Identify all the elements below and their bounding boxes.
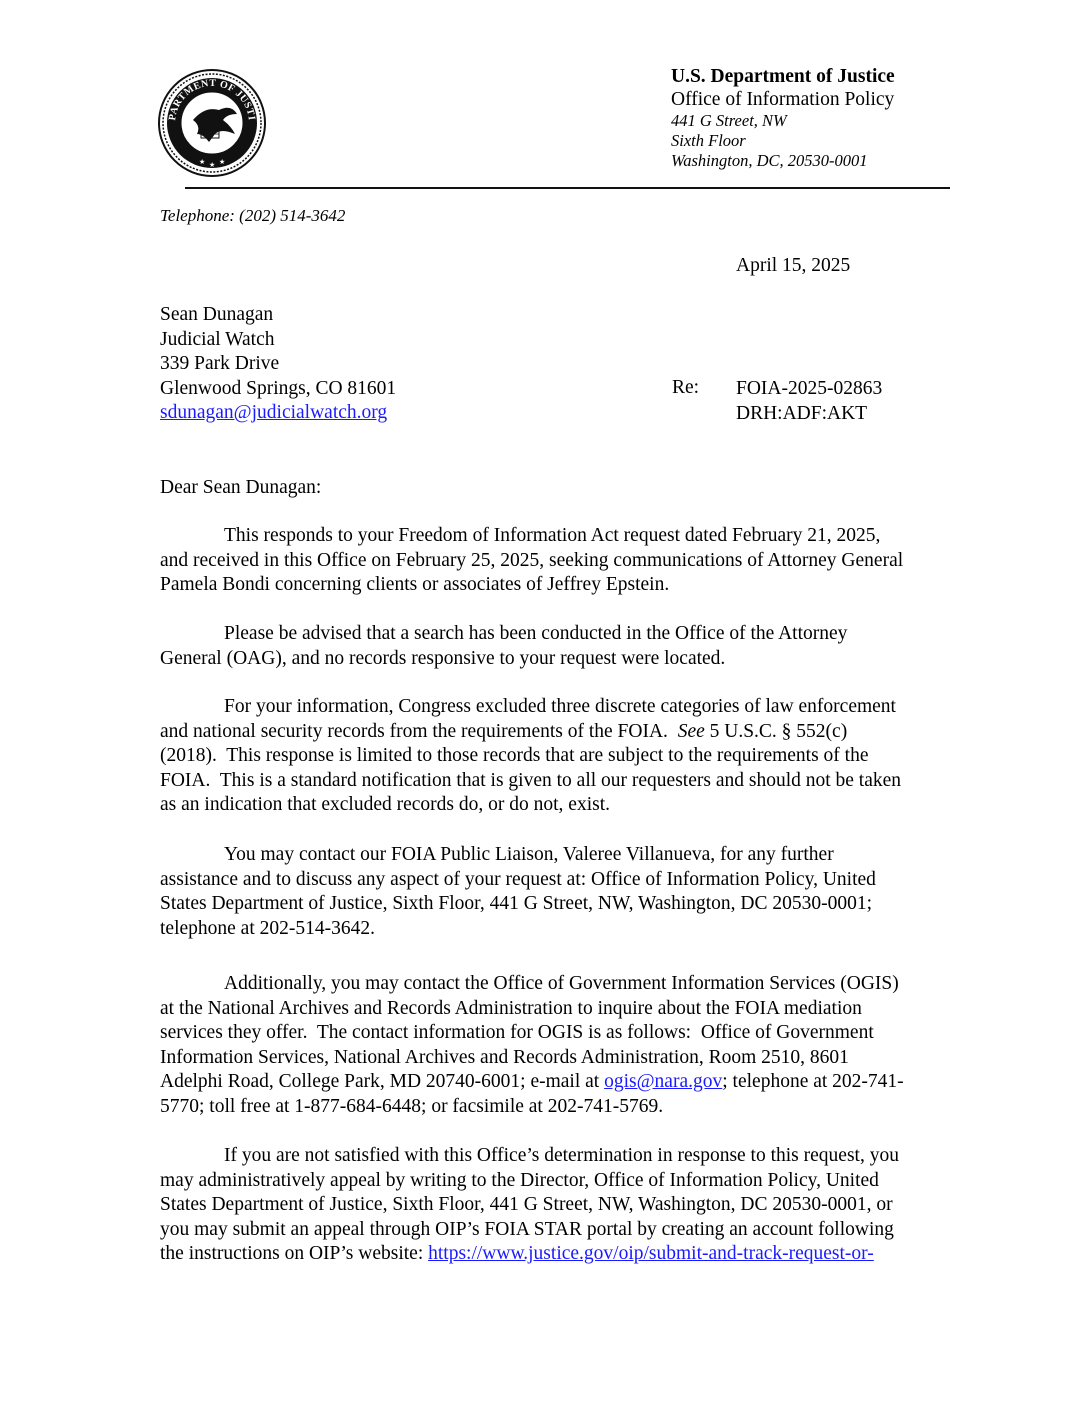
recipient-name: Sean Dunagan bbox=[160, 303, 396, 328]
recipient-city-state-zip: Glenwood Springs, CO 81601 bbox=[160, 377, 396, 402]
paragraph-line: Information Services, National Archives … bbox=[160, 1046, 990, 1071]
recipient-street: 339 Park Drive bbox=[160, 352, 396, 377]
citation: 5 U.S.C. § 552(c) bbox=[705, 721, 847, 742]
paragraph-line: Adelphi Road, College Park, MD 20740-600… bbox=[160, 1070, 990, 1095]
paragraph-line: This responds to your Freedom of Informa… bbox=[160, 524, 990, 549]
paragraph-line: Additionally, you may contact the Office… bbox=[160, 972, 990, 997]
citation-signal: See bbox=[678, 721, 705, 742]
paragraph-line: 5770; toll free at 1-877-684-6448; or fa… bbox=[160, 1095, 990, 1120]
paragraph-line: assistance and to discuss any aspect of … bbox=[160, 868, 990, 893]
paragraph-ogis: Additionally, you may contact the Office… bbox=[160, 972, 990, 1120]
office-name: Office of Information Policy bbox=[671, 88, 895, 111]
paragraph-line: Pamela Bondi concerning clients or assoc… bbox=[160, 573, 990, 598]
header-divider bbox=[185, 187, 950, 189]
reference-initials: DRH:ADF:AKT bbox=[736, 402, 882, 427]
letter-date: April 15, 2025 bbox=[736, 255, 850, 277]
svg-text:★: ★ bbox=[219, 158, 225, 166]
recipient-organization: Judicial Watch bbox=[160, 328, 396, 353]
paragraph-exclusions: For your information, Congress excluded … bbox=[160, 695, 990, 818]
paragraph-line: States Department of Justice, Sixth Floo… bbox=[160, 892, 990, 917]
oip-website-link[interactable]: https://www.justice.gov/oip/submit-and-t… bbox=[428, 1243, 874, 1264]
paragraph-line: you may submit an appeal through OIP’s F… bbox=[160, 1218, 990, 1243]
request-number: FOIA-2025-02863 bbox=[736, 377, 882, 402]
paragraph-line: the instructions on OIP’s website: https… bbox=[160, 1242, 990, 1267]
line-text: and national security records from the r… bbox=[160, 721, 678, 742]
paragraph-line: services they offer. The contact informa… bbox=[160, 1021, 990, 1046]
paragraph-response: This responds to your Freedom of Informa… bbox=[160, 524, 990, 598]
office-address-line: Washington, DC, 20530-0001 bbox=[671, 151, 895, 171]
paragraph-line: You may contact our FOIA Public Liaison,… bbox=[160, 843, 990, 868]
line-text: ; telephone at 202-741- bbox=[722, 1071, 903, 1092]
paragraph-line: telephone at 202-514-3642. bbox=[160, 917, 990, 942]
paragraph-line: States Department of Justice, Sixth Floo… bbox=[160, 1193, 990, 1218]
salutation: Dear Sean Dunagan: bbox=[160, 477, 321, 499]
svg-text:★: ★ bbox=[199, 158, 205, 166]
recipient-email-link[interactable]: sdunagan@judicialwatch.org bbox=[160, 402, 387, 423]
reference-block: FOIA-2025-02863 DRH:ADF:AKT bbox=[736, 377, 882, 426]
paragraph-search-result: Please be advised that a search has been… bbox=[160, 622, 990, 671]
department-of-justice-seal-icon: DEPARTMENT OF JUSTICE ★ ★ ★ bbox=[157, 68, 267, 178]
line-text: the instructions on OIP’s website: bbox=[160, 1243, 428, 1264]
office-address-line: Sixth Floor bbox=[671, 131, 895, 151]
telephone: Telephone: (202) 514-3642 bbox=[160, 206, 345, 226]
svg-text:★: ★ bbox=[209, 161, 215, 169]
paragraph-public-liaison: You may contact our FOIA Public Liaison,… bbox=[160, 843, 990, 941]
paragraph-line: at the National Archives and Records Adm… bbox=[160, 997, 990, 1022]
reference-label: Re: bbox=[672, 377, 699, 399]
line-text: Adelphi Road, College Park, MD 20740-600… bbox=[160, 1071, 604, 1092]
paragraph-line: as an indication that excluded records d… bbox=[160, 793, 990, 818]
paragraph-line: General (OAG), and no records responsive… bbox=[160, 647, 990, 672]
paragraph-line: Please be advised that a search has been… bbox=[160, 622, 990, 647]
paragraph-line: For your information, Congress excluded … bbox=[160, 695, 990, 720]
paragraph-line: and received in this Office on February … bbox=[160, 549, 990, 574]
paragraph-line: may administratively appeal by writing t… bbox=[160, 1169, 990, 1194]
office-address-line: 441 G Street, NW bbox=[671, 111, 895, 131]
ogis-email-link[interactable]: ogis@nara.gov bbox=[604, 1071, 722, 1092]
paragraph-line: FOIA. This is a standard notification th… bbox=[160, 769, 990, 794]
paragraph-line: If you are not satisfied with this Offic… bbox=[160, 1144, 990, 1169]
paragraph-line: and national security records from the r… bbox=[160, 720, 990, 745]
department-name: U.S. Department of Justice bbox=[671, 66, 895, 88]
letterhead: U.S. Department of Justice Office of Inf… bbox=[671, 66, 895, 171]
paragraph-line: (2018). This response is limited to thos… bbox=[160, 744, 990, 769]
paragraph-appeal: If you are not satisfied with this Offic… bbox=[160, 1144, 990, 1267]
recipient-address: Sean Dunagan Judicial Watch 339 Park Dri… bbox=[160, 303, 396, 426]
